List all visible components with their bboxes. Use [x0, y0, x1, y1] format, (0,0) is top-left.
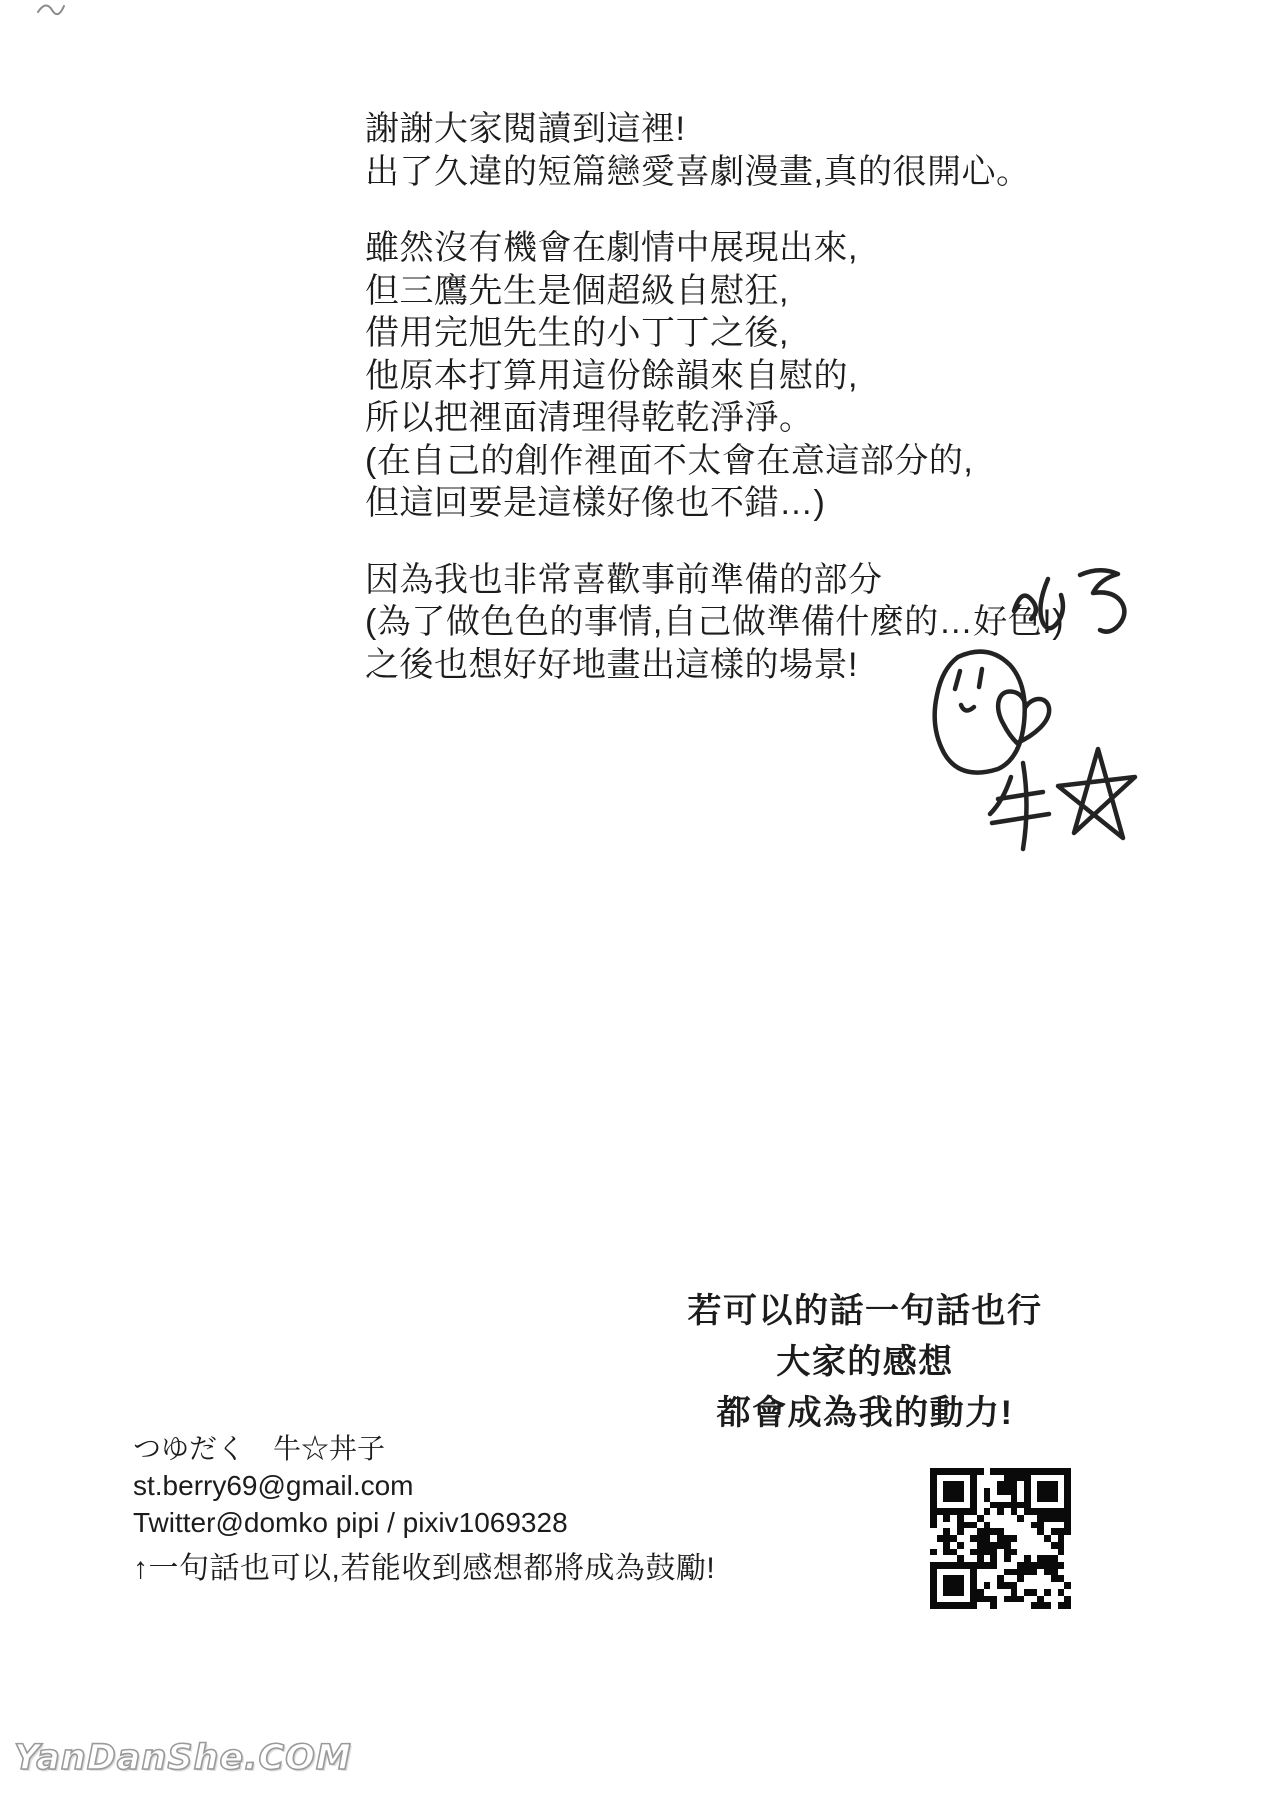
afterword-line: 所以把裡面清理得乾乾淨淨。 — [365, 397, 1185, 440]
afterword-line: (在自己的創作裡面不太會在意這部分的, — [365, 440, 1185, 483]
cow-character-icon — [990, 763, 1049, 849]
afterword-line: 謝謝大家閱讀到這裡! — [365, 108, 1185, 151]
feedback-line: 都會成為我的動力! — [655, 1388, 1075, 1439]
afterword-line: 他原本打算用這份餘韻來自慰的, — [365, 355, 1185, 398]
afterword-line: 出了久違的短篇戀愛喜劇漫畫,真的很開心。 — [365, 151, 1185, 194]
feedback-line: 若可以的話一句話也行 — [655, 1286, 1075, 1337]
qr-code-modules — [930, 1468, 1071, 1609]
afterword-line: 雖然沒有機會在劇情中展現出來, — [365, 227, 1185, 270]
smiley-face-icon — [935, 652, 1025, 773]
star-icon — [1058, 749, 1135, 838]
contact-note: ↑一句話也可以,若能收到感想都將成為鼓勵! — [133, 1550, 715, 1587]
contact-block: つゆだく 牛☆丼子 st.berry69@gmail.com Twitter@d… — [133, 1430, 715, 1587]
site-watermark: YanDanShe.COM — [14, 1738, 352, 1778]
circle-name: つゆだく 牛☆丼子 — [133, 1430, 715, 1467]
scan-corner-mark — [36, 0, 66, 21]
feedback-note: 若可以的話一句話也行 大家的感想 都會成為我的動力! — [655, 1286, 1075, 1439]
contact-email: st.berry69@gmail.com — [133, 1467, 715, 1504]
afterword-line: 但這回要是這樣好像也不錯…) — [365, 482, 1185, 525]
handwriting-squiggle-icon — [1014, 570, 1124, 631]
afterword-line: 但三鷹先生是個超級自慰狂, — [365, 270, 1185, 313]
qr-code — [930, 1468, 1071, 1609]
signature-doodle — [898, 545, 1158, 880]
feedback-line: 大家的感想 — [655, 1337, 1075, 1388]
afterword-line: 借用完旭先生的小丁丁之後, — [365, 312, 1185, 355]
contact-sns: Twitter@domko pipi / pixiv1069328 — [133, 1504, 715, 1541]
